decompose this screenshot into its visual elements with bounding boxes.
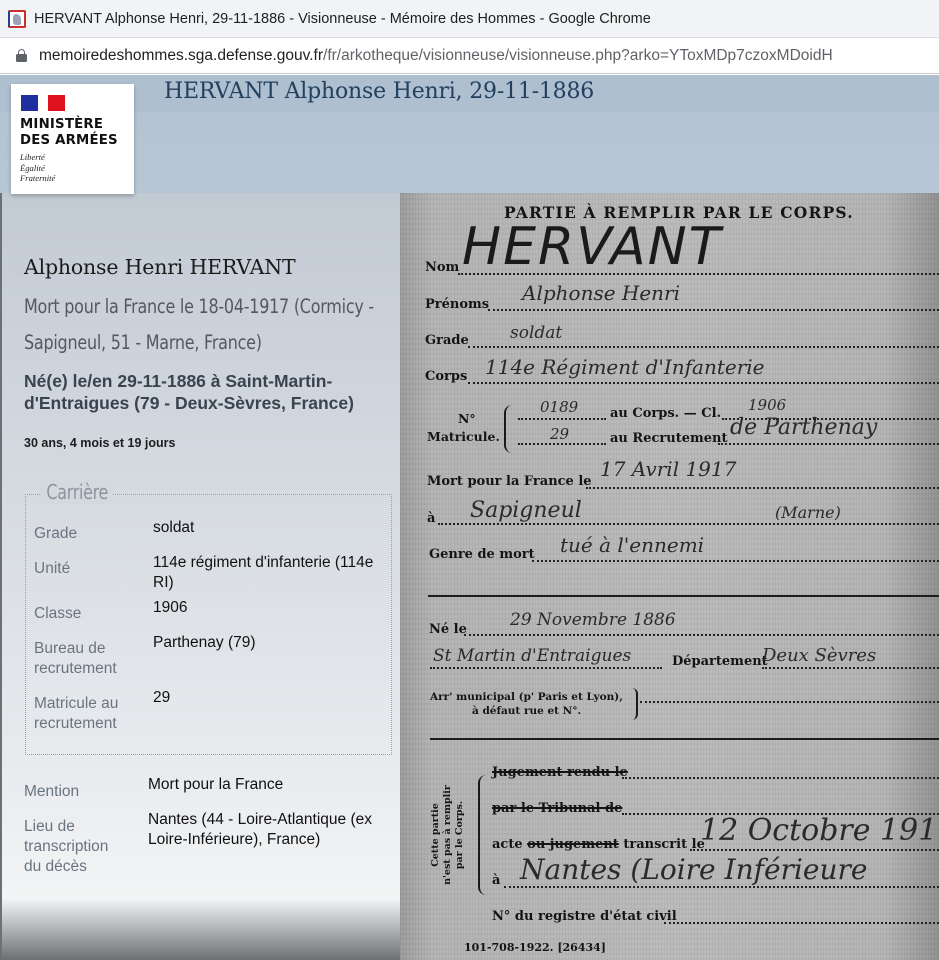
doc-value-prenoms: Alphonse Henri (522, 281, 680, 305)
field-label: Classe (34, 604, 144, 624)
logo-line-2: DES ARMÉES (20, 133, 134, 149)
side-note-line: par le Corps. (454, 770, 466, 900)
soldier-info-panel: Alphonse Henri HERVANT Mort pour la Fran… (0, 193, 400, 960)
doc-value-recrutement: de Parthenay (730, 415, 877, 440)
marianne-flag-icon (21, 95, 65, 111)
jugement-struck: ou jugement (527, 837, 619, 852)
field-label: Matricule au recrutement (34, 694, 144, 734)
field-value: Mort pour la France (148, 775, 392, 795)
doc-label-matricule: Matricule. (427, 429, 500, 444)
logo-ministry-name: MINISTÈRE DES ARMÉES (20, 117, 134, 149)
doc-value-mort: 17 Avril 1917 (600, 457, 736, 481)
doc-label-transcrit-a: à (492, 873, 500, 888)
doc-line (762, 667, 939, 669)
doc-line (586, 487, 939, 489)
side-note-line: n'est pas à remplir (442, 770, 454, 900)
age-at-death: 30 ans, 4 mois et 19 jours (24, 436, 175, 450)
doc-line (468, 346, 939, 348)
field-label: Unité (34, 559, 144, 579)
doc-line (458, 273, 939, 275)
doc-label-genre: Genre de mort (429, 547, 535, 562)
doc-line (504, 886, 939, 888)
logo-line-1: MINISTÈRE (20, 117, 134, 133)
doc-line (430, 667, 662, 669)
motto-egalite: Égalité (20, 163, 134, 174)
doc-brace (632, 688, 638, 720)
page-title: HERVANT Alphonse Henri, 29-11-1886 (164, 79, 594, 104)
doc-label-jugement: Jugement rendu le (492, 765, 628, 780)
career-legend: Carrière (40, 480, 113, 504)
field-label: Mention (24, 782, 134, 802)
doc-line (664, 922, 939, 924)
doc-label-au-corps: au Corps. — Cl. (610, 406, 721, 421)
browser-title-bar: HERVANT Alphonse Henri, 29-11-1886 - Vis… (0, 0, 939, 38)
field-label: Bureau de recrutement (34, 639, 144, 679)
jugement-struck: Jugement rendu le (492, 765, 628, 780)
person-name: Alphonse Henri HERVANT (24, 255, 295, 279)
field-label: Grade (34, 524, 144, 544)
doc-side-note: Cette partie n'est pas à remplir par le … (430, 770, 466, 900)
doc-label-corps: Corps (425, 369, 467, 384)
doc-label-au-recrutement: au Recrutement (610, 431, 727, 446)
doc-label-no: N° (458, 411, 476, 426)
career-fieldset: Carrière Grade soldat Unité 114e régimen… (25, 494, 392, 755)
field-value: Nantes (44 - Loire-Atlantique (ex Loire-… (148, 810, 392, 850)
doc-value-grade: soldat (510, 323, 562, 343)
doc-value-corps: 114e Régiment d'Infanterie (485, 355, 765, 379)
page-header: HERVANT Alphonse Henri, 29-11-1886 (0, 75, 939, 193)
doc-label-a: à (427, 511, 435, 526)
window-title: HERVANT Alphonse Henri, 29-11-1886 - Vis… (34, 11, 651, 27)
logo-motto: Liberté Égalité Fraternité (20, 152, 134, 184)
birth-info: Né(e) le/en 29-11-1886 à Saint-Martin-d'… (24, 370, 384, 414)
doc-line (622, 777, 939, 779)
doc-label-mort: Mort pour la France le (427, 474, 592, 489)
motto-fraternite: Fraternité (20, 173, 134, 184)
url-path: /fr/arkotheque/visionneuse/visionneuse.p… (323, 47, 833, 64)
doc-value-classe: 1906 (748, 396, 786, 414)
doc-label-prenoms: Prénoms (425, 297, 489, 312)
doc-line (718, 443, 939, 445)
doc-label-acte: acte ou jugement transcrit le (492, 837, 705, 852)
doc-value-matricule-recrut: 29 (550, 425, 569, 443)
doc-label-registre: N° du registre d'état civil (492, 909, 677, 924)
doc-value-departement: Deux Sèvres (762, 645, 876, 666)
doc-value-genre: tué à l'ennemi (560, 533, 704, 557)
page-content: HERVANT Alphonse Henri, 29-11-1886 MINIS… (0, 75, 939, 960)
tribunal-struck: par le Tribunal de (492, 801, 622, 816)
doc-label-arr-1: Arr' municipal (p' Paris et Lyon), (430, 691, 623, 703)
url-host: memoiredeshommes.sga.defense.gouv.fr (39, 47, 323, 64)
doc-line (518, 443, 606, 445)
doc-line (640, 701, 939, 703)
doc-value-nom: HERVANT (462, 217, 722, 277)
field-value: soldat (153, 518, 389, 538)
doc-value-lieu-dept: (Marne) (775, 503, 841, 522)
doc-rule (430, 738, 939, 740)
acte-word: acte (492, 837, 523, 852)
document-viewer[interactable]: PARTIE À REMPLIR PAR LE CORPS. Nom HERVA… (400, 193, 939, 960)
doc-line (468, 382, 939, 384)
field-value: 29 (153, 688, 389, 708)
doc-value-ne: 29 Novembre 1886 (510, 610, 676, 630)
field-value: 114e régiment d'infanterie (114e RI) (153, 553, 389, 593)
doc-value-acte-date: 12 Octobre 1917 (700, 813, 939, 848)
doc-value-matricule-corps: 0189 (540, 398, 578, 416)
doc-line (438, 523, 939, 525)
doc-value-transcrit-lieu: Nantes (Loire Inférieure (520, 853, 867, 886)
site-favicon-icon (8, 10, 26, 28)
doc-line (532, 560, 939, 562)
doc-line (690, 849, 939, 851)
doc-label-ne: Né le (429, 622, 467, 637)
field-label: Lieu de transcription du décès (24, 817, 124, 877)
doc-line (518, 418, 606, 420)
doc-line (488, 309, 939, 311)
death-info: Mort pour la France le 18-04-1917 (Cormi… (24, 289, 385, 361)
doc-brace (504, 405, 512, 453)
side-note-line: Cette partie (430, 770, 442, 900)
motto-liberte: Liberté (20, 152, 134, 163)
address-bar[interactable]: memoiredeshommes.sga.defense.gouv.fr/fr/… (0, 38, 939, 74)
field-value: Parthenay (79) (153, 633, 389, 653)
ministere-armees-logo[interactable]: MINISTÈRE DES ARMÉES Liberté Égalité Fra… (11, 84, 134, 194)
doc-label-grade: Grade (425, 333, 469, 348)
doc-footer-code: 101-708-1922. [26434] (464, 941, 606, 954)
doc-label-nom: Nom (425, 260, 459, 275)
url-field[interactable]: memoiredeshommes.sga.defense.gouv.fr/fr/… (39, 47, 833, 65)
doc-label-arr-2: à défaut rue et N°. (472, 705, 581, 717)
lock-icon[interactable] (16, 49, 27, 62)
doc-line (464, 634, 939, 636)
doc-brace (478, 775, 486, 895)
doc-label-tribunal: par le Tribunal de (492, 801, 622, 816)
doc-rule (428, 595, 939, 597)
doc-value-lieu: Sapigneul (470, 498, 582, 523)
doc-label-departement: Département (672, 654, 768, 669)
doc-value-ne-lieu: St Martin d'Entraigues (433, 646, 631, 666)
field-value: 1906 (153, 598, 389, 618)
